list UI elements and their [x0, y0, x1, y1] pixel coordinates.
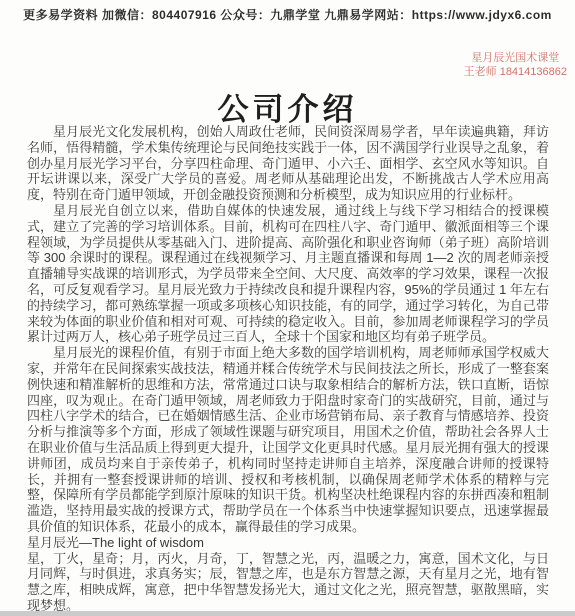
header-contact-line: 更多易学资料 加微信：804407916 公众号：九鼎学堂 九鼎易学网站：htt… — [0, 6, 575, 23]
bottom-scan-artifact-bar — [0, 611, 575, 616]
document-body: 星月辰光文化发展机构，创始人周政仕老师，民间资深周易学者，早年读遍典籍，拜访名师… — [27, 124, 549, 614]
watermark-course-name: 星月辰光国术课堂 — [464, 51, 567, 65]
slogan-line: 星月辰光—The light of wisdom — [27, 535, 549, 551]
paragraph-company-intro: 星月辰光文化发展机构，创始人周政仕老师，民间资深周易学者，早年读遍典籍，拜访名师… — [27, 124, 549, 203]
paragraph-training-system: 星月辰光自创立以来，借助自媒体的快速发展，通过线上与线下学习相结合的授课模式，建… — [27, 203, 549, 345]
paragraph-course-value: 星月辰光的课程价值，有别于市面上绝大多数的国学培训机构，周老师师承国学权威大家，… — [27, 345, 549, 535]
watermark-teacher-phone: 王老师 18414136862 — [464, 65, 567, 79]
page-title: 公司介绍 — [0, 84, 575, 129]
red-watermark: 星月辰光国术课堂 王老师 18414136862 — [464, 51, 567, 79]
scanned-document-page: 更多易学资料 加微信：804407916 公众号：九鼎学堂 九鼎易学网站：htt… — [0, 0, 575, 616]
paragraph-name-meaning: 星，丁火，星奇；月，丙火，月奇，丁，智慧之光，丙，温暖之力，寓意，国术文化，与日… — [27, 551, 549, 614]
